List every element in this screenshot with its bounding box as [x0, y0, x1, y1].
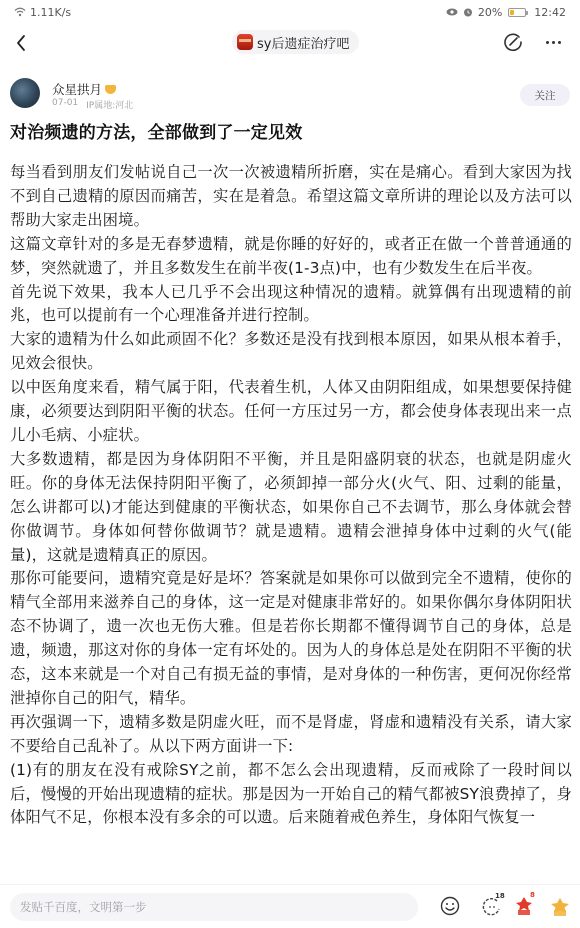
ip-location: IP属地:河北	[86, 98, 133, 111]
post-paragraph: 大家的遗精为什么如此顽固不化？多数还是没有找到根本原因，如果从根本着手，见效会很…	[10, 328, 572, 376]
avatar[interactable]	[10, 78, 40, 108]
eye-icon	[446, 8, 458, 16]
post-paragraph: (1)有的朋友在没有戒除SY之前，都不怎么会出现遗精，反而戒除了一段时间以后，慢…	[10, 759, 572, 831]
status-right: 20% 12:42	[446, 6, 566, 19]
vip-badge-icon	[105, 85, 116, 94]
author-name: 众星拱月	[52, 80, 102, 98]
status-left: 1.11K/s	[14, 6, 71, 19]
battery-icon	[508, 8, 526, 17]
author-meta: 07-01 IP属地:河北	[52, 98, 133, 111]
clock-time: 12:42	[534, 6, 566, 19]
post-body: 每当看到朋友们发帖说自己一次一次被遗精所折磨，实在是痛心。看到大家因为找不到自己…	[10, 161, 572, 830]
share-button[interactable]	[502, 31, 524, 53]
more-button[interactable]	[541, 31, 565, 53]
emoji-button[interactable]	[440, 896, 460, 916]
bottom-bar: 发贴千百度，文明第一步 18 8	[0, 884, 580, 928]
gift-count: 8	[530, 891, 535, 899]
author-row: 众星拱月 07-01 IP属地:河北 关注	[10, 78, 570, 112]
back-button[interactable]	[10, 30, 32, 56]
post-paragraph: 再次强调一下，遗精多数是阴虚火旺，而不是肾虚，肾虚和遗精没有关系，请大家不要给自…	[10, 711, 572, 759]
post-paragraph: 大多数遗精，都是因为身体阴阳不平衡，并且是阳盛阴衰的状态，也就是阴虚火旺。你的身…	[10, 448, 572, 568]
favorite-button[interactable]	[549, 896, 571, 918]
chevron-left-icon	[15, 34, 27, 52]
post-paragraph: 以中医角度来看，精气属于阳，代表着生机，人体又由阴阳组成，如果想要保持健康，必须…	[10, 376, 572, 448]
share-icon	[502, 31, 524, 53]
post-title: 对治频遗的方法，全部做到了一定见效	[10, 121, 570, 145]
post-paragraph: 每当看到朋友们发帖说自己一次一次被遗精所折磨，实在是痛心。看到大家因为找不到自己…	[10, 161, 572, 233]
post-paragraph: 那你可能要问，遗精究竟是好是坏？答案就是如果你可以做到完全不遗精，使你的精气全部…	[10, 567, 572, 710]
favorite-icon	[549, 896, 571, 918]
forum-logo-icon	[237, 34, 253, 50]
battery-percent: 20%	[478, 6, 502, 19]
author-name-row[interactable]: 众星拱月	[52, 80, 116, 98]
alarm-icon	[463, 7, 473, 17]
network-speed: 1.11K/s	[30, 6, 71, 19]
post-date: 07-01	[52, 98, 78, 111]
gift-button[interactable]: 8	[514, 895, 536, 919]
comment-button[interactable]: 18	[482, 896, 504, 918]
more-icon-dot	[546, 41, 549, 44]
comment-count: 18	[495, 892, 505, 900]
forum-chip[interactable]: sy后遗症治疗吧	[232, 30, 359, 54]
follow-button[interactable]: 关注	[520, 84, 570, 106]
more-icon-dot	[552, 41, 555, 44]
forum-name: sy后遗症治疗吧	[257, 33, 349, 52]
reply-input[interactable]: 发贴千百度，文明第一步	[10, 893, 418, 921]
status-bar: 1.11K/s 20% 12:42	[0, 0, 580, 24]
emoji-icon	[440, 896, 460, 916]
nav-bar: sy后遗症治疗吧	[0, 24, 580, 62]
reply-placeholder: 发贴千百度，文明第一步	[20, 899, 147, 915]
wifi-icon	[14, 7, 26, 17]
more-icon-dot	[558, 41, 561, 44]
post-paragraph: 首先说下效果，我本人已几乎不会出现这种情况的遗精。就算偶有出现遗精的前兆，也可以…	[10, 281, 572, 329]
post-paragraph: 这篇文章针对的多是无春梦遗精，就是你睡的好好的，或者正在做一个普普通通的梦，突然…	[10, 233, 572, 281]
